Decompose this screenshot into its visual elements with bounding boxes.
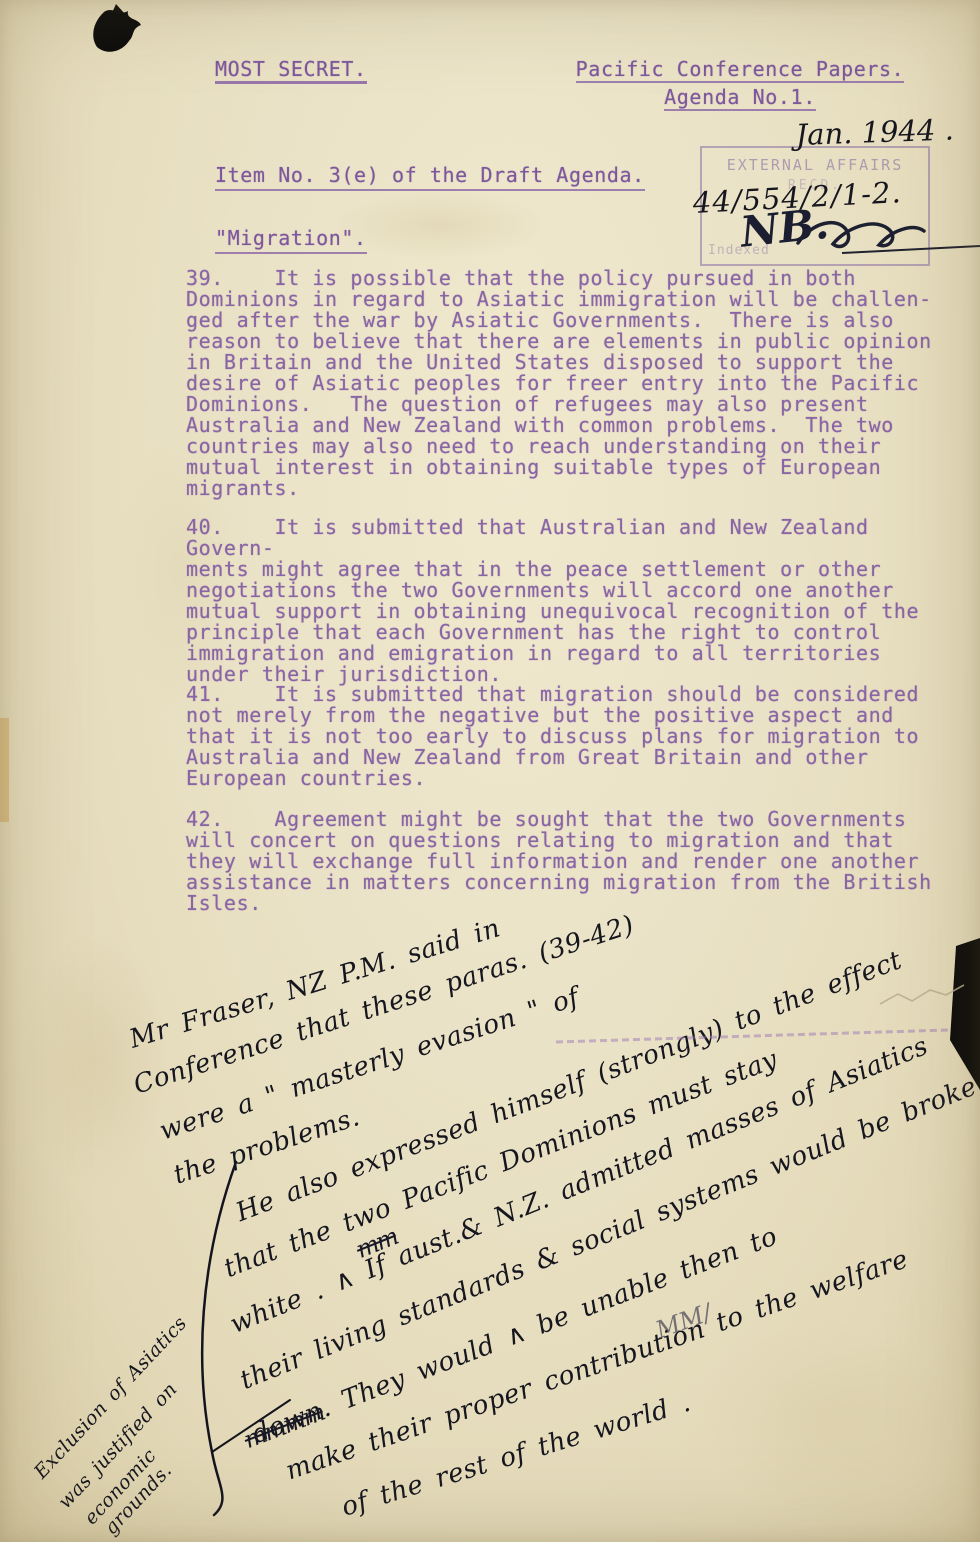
paper-series-header: Pacific Conference Papers. Agenda No.1.: [560, 58, 920, 114]
agenda-number: Agenda No.1.: [664, 86, 816, 111]
paragraph-40: 40. It is submitted that Australian and …: [186, 517, 961, 685]
item-heading: Item No. 3(e) of the Draft Agenda.: [215, 163, 645, 187]
paragraph-41: 41. It is submitted that migration shoul…: [186, 684, 961, 789]
paper-stain: [700, 1320, 960, 1520]
series-title: Pacific Conference Papers.: [576, 58, 905, 83]
paragraph-39: 39. It is possible that the policy pursu…: [186, 268, 961, 499]
handwritten-date: Jan. 1944 .: [795, 112, 954, 152]
worn-edge-strip: [0, 718, 9, 822]
note-connector-curve: [202, 1162, 236, 1515]
subject-heading: "Migration".: [215, 226, 367, 250]
torn-edge: [950, 938, 980, 1090]
stamp-department-label: EXTERNAL AFFAIRS: [702, 156, 928, 174]
ink-blot-spur: [111, 4, 125, 15]
document-page: MOST SECRET. Pacific Conference Papers. …: [0, 0, 980, 1542]
paragraph-42: 42. Agreement might be sought that the t…: [186, 809, 961, 914]
registrar-initials: NB.: [738, 199, 831, 257]
classification-marking: MOST SECRET.: [215, 58, 367, 84]
ink-blot: [93, 10, 141, 52]
crease-line: [880, 985, 964, 1004]
paper-stain: [20, 930, 170, 1190]
